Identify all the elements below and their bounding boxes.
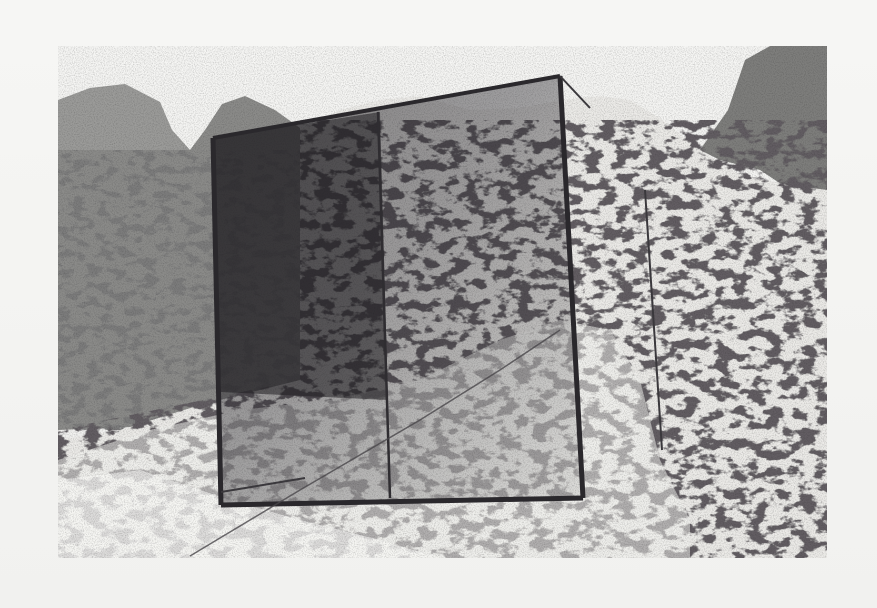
print-paper: [0, 0, 877, 608]
cube-dark-panel: [213, 112, 388, 400]
mountain-print: [0, 0, 877, 608]
